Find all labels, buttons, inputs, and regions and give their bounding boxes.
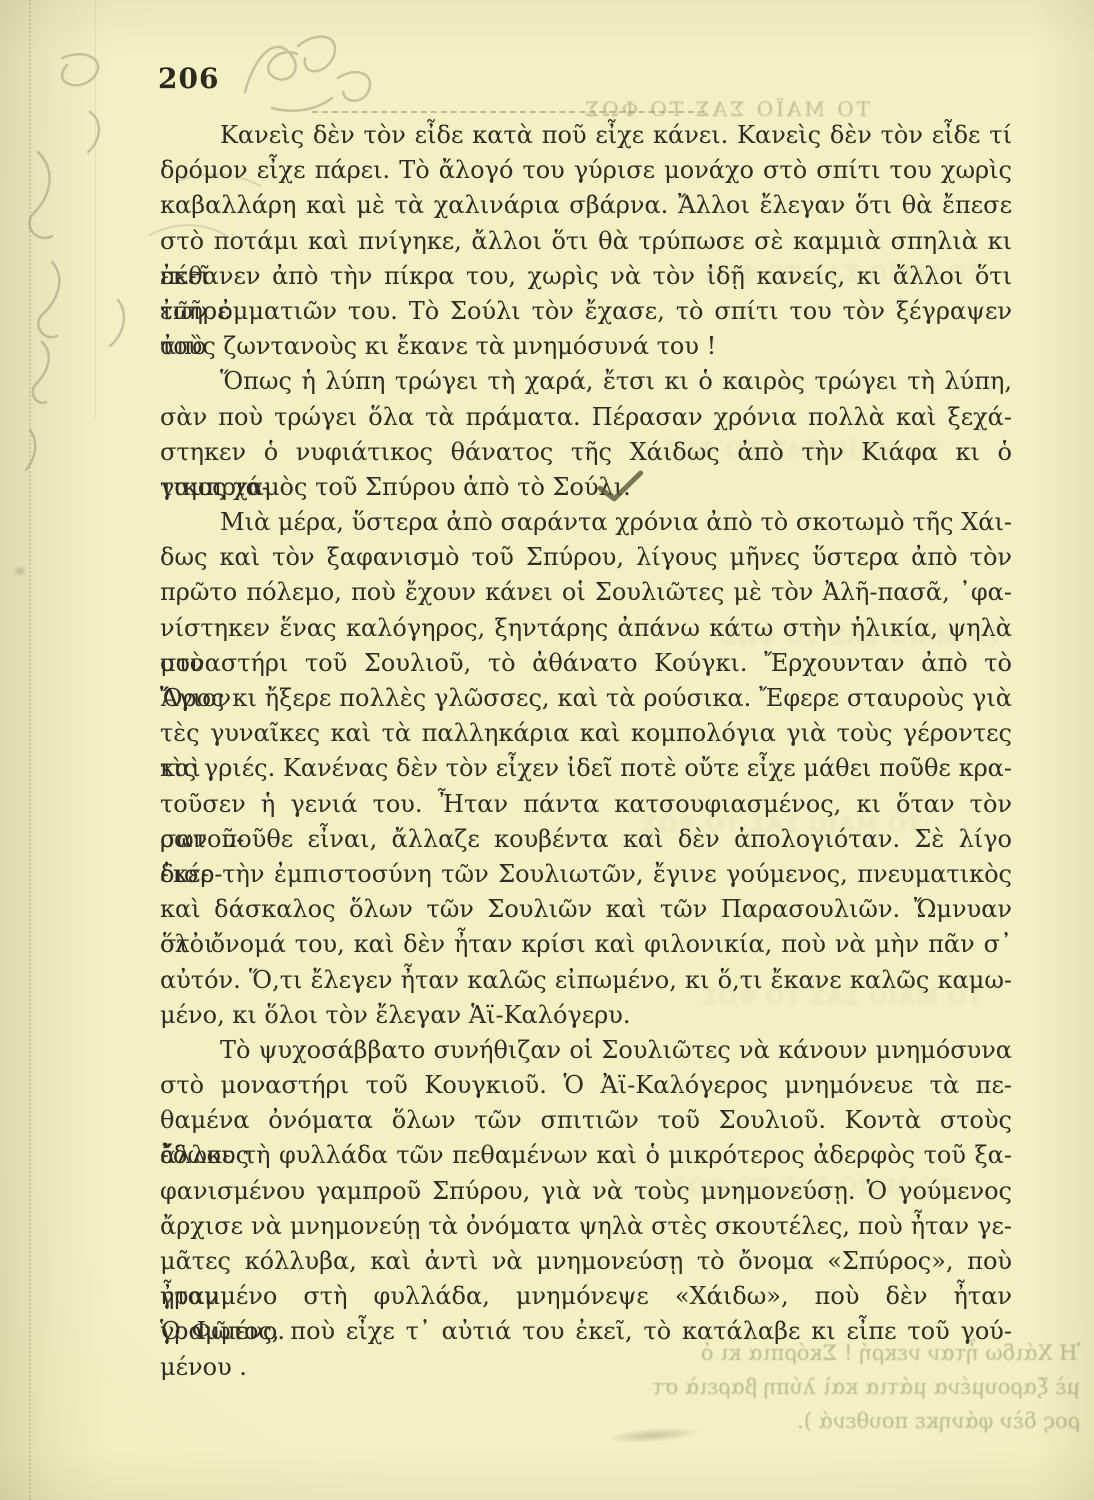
text-line: Μιὰ μέρα, ὕστερα ἀπὸ σαράντα χρόνια ἀπὸ … <box>160 505 1012 540</box>
text-line: μένο, κι ὅλοι τὸν ἔλεγαν Ἁϊ-Καλόγερυ. <box>160 998 1012 1033</box>
text-line: στηκεν ὁ νυφιάτικος θάνατος τῆς Χάιδως ἀ… <box>160 435 1012 470</box>
text-line: δρόμον εἶχε πάρει. Τὸ ἄλογό του γύρισε μ… <box>160 153 1012 188</box>
text-line: αὐτόν. Ὅ,τι ἔλεγεν ἦταν καλῶς εἰπωμένο, … <box>160 963 1012 998</box>
text-line: Κανεὶς δὲν τὸν εἶδε κατὰ ποῦ εἶχε κάνει.… <box>160 118 1012 153</box>
text-line: μένου . <box>160 1350 1012 1385</box>
text-line: σαν ποῦθε εἶναι, ἄλλαζε κουβέντα καὶ δὲν… <box>160 822 1012 857</box>
text-line: μοναστήρι τοῦ Σουλιοῦ, τὸ ἀθάνατο Κούγκι… <box>160 646 1012 681</box>
text-line: τὶς γριές. Κανένας δὲν τὸν εἶχεν ἰδεῖ πο… <box>160 751 1012 786</box>
text-line: καβαλλάρη καὶ μὲ τὰ χαλινάρια σβάρνα. Ἄλ… <box>160 188 1012 223</box>
text-line: δως καὶ τὸν ξαφανισμὸ τοῦ Σπύρου, λίγους… <box>160 540 1012 575</box>
text-line: Ὄρος κι ἤξερε πολλὲς γλῶσσες, καὶ τὰ ρού… <box>160 681 1012 716</box>
text-block: Κανεὶς δὲν τὸν εἶδε κατὰ ποῦ εἶχε κάνει.… <box>160 118 1012 1385</box>
text-line: νίστηκεν ἕνας καλόγηρος, ξηντάρης ἀπάνω … <box>160 611 1012 646</box>
text-line: τὲς γυναῖκες καὶ τὰ παλληκάρια καὶ κομπο… <box>160 716 1012 751</box>
text-line: τοὺς ζωντανοὺς κι ἔκανε τὰ μνημόσυνά του… <box>160 329 1012 364</box>
text-line: Ὁ Φῶτος, ποὺ εἶχε τ᾽ αὐτιά του ἐκεῖ, τὸ … <box>160 1314 1012 1349</box>
paragraph: Μιὰ μέρα, ὕστερα ἀπὸ σαράντα χρόνια ἀπὸ … <box>160 505 1012 1033</box>
text-line: θαμένα ὀνόματα ὅλων τῶν σπιτιῶν τοῦ Σουλ… <box>160 1103 1012 1138</box>
book-page-scan: ΤΟ ΜΑΪΟ ΣΑΣ ΤΟ ΦΩΣ ΤΟ ΜΑΪΟ ΣΑΣ ΤΟ ΦΩΣ ΤΟ… <box>0 0 1094 1500</box>
text-line: φανισμένου γαμπροῦ Σπύρου, γιὰ νὰ τοὺς μ… <box>160 1174 1012 1209</box>
text-line: τικος χαμὸς τοῦ Σπύρου ἀπὸ τὸ Σούλι. <box>160 470 1012 505</box>
text-line: Τὸ ψυχοσάββατο συνήθιζαν οἱ Σουλιῶτες νὰ… <box>160 1033 1012 1068</box>
paragraph: Ὅπως ἡ λύπη τρώγει τὴ χαρά, ἔτσι κι ὁ κα… <box>160 364 1012 505</box>
text-line: δισε τὴν ἐμπιστοσύνη τῶν Σουλιωτῶν, ἔγιν… <box>160 857 1012 892</box>
text-line: στὸ μοναστήρι τοῦ Κουγκιοῦ. Ὁ Ἀϊ-Καλόγερ… <box>160 1068 1012 1103</box>
paragraph: Τὸ ψυχοσάββατο συνήθιζαν οἱ Σουλιῶτες νὰ… <box>160 1033 1012 1385</box>
text-line: ἔδωκε τὴ φυλλάδα τῶν πεθαμένων καὶ ὁ μικ… <box>160 1138 1012 1173</box>
text-line: στὸ ποτάμι καὶ πνίγηκε, ἄλλοι ὅτι θὰ τρύ… <box>160 224 1012 259</box>
text-line: γραμμένο στὴ φυλλάδα, μνημόνεψε «Χάιδω»,… <box>160 1279 1012 1314</box>
text-line: τοῦσεν ἡ γενιά του. Ἦταν πάντα κατσουφια… <box>160 787 1012 822</box>
text-line: τῶν ὀμματιῶν του. Τὸ Σούλι τὸν ἔχασε, τὸ… <box>160 294 1012 329</box>
text-line: πέθανεν ἀπὸ τὴν πίκρα του, χωρὶς νὰ τὸν … <box>160 259 1012 294</box>
text-line: μᾶτες κόλλυβα, καὶ ἀντὶ νὰ μνημονεύσῃ τὸ… <box>160 1244 1012 1279</box>
text-line: ἄρχισε νὰ μνημονεύῃ τὰ ὀνόματα ψηλὰ στὲς… <box>160 1209 1012 1244</box>
pencil-checkmark <box>594 467 649 506</box>
text-line: πρῶτο πόλεμο, ποὺ ἔχουν κάνει οἱ Σουλιῶτ… <box>160 575 1012 610</box>
paragraph: Κανεὶς δὲν τὸν εἶδε κατὰ ποῦ εἶχε κάνει.… <box>160 118 1012 364</box>
page-number: 206 <box>158 62 219 95</box>
text-line: καὶ δάσκαλος ὅλων τῶν Σουλιῶν καὶ τῶν Πα… <box>160 892 1012 927</box>
text-line: στ᾽ ὄνομά του, καὶ δὲν ἦταν κρίσι καὶ φι… <box>160 927 1012 962</box>
text-line: σὰν ποὺ τρώγει ὅλα τὰ πράματα. Πέρασαν χ… <box>160 400 1012 435</box>
text-line: Ὅπως ἡ λύπη τρώγει τὴ χαρά, ἔτσι κι ὁ κα… <box>160 364 1012 399</box>
